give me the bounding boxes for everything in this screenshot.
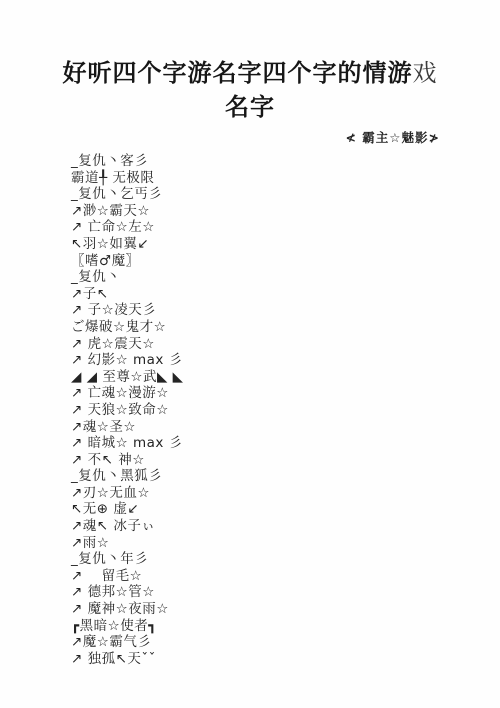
byline: ≮ 霸主☆魅影≯ — [0, 128, 500, 146]
name-list-item: ┏黑暗☆使者┓ — [71, 618, 500, 635]
name-list-item: ◢ ◢ 至尊☆武◣ ◣ — [71, 369, 500, 386]
name-list-item: ↗ 幻影☆ max 彡 — [71, 352, 500, 369]
document-page: 好听四个字游名字四个字的情游戏 名字 ≮ 霸主☆魅影≯ _复仇丶客彡霸道╀ 无极… — [0, 0, 500, 708]
name-list-item: ↗ 德邦☆管☆ — [71, 584, 500, 601]
page-title-line2: 名字 — [0, 90, 500, 124]
name-list-item: ↗魔☆霸气彡 — [71, 634, 500, 651]
name-list: _复仇丶客彡霸道╀ 无极限_复仇丶乞丐彡↗渺☆霸天☆↗ 亡命☆左☆↖羽☆如翼↙〖… — [71, 153, 500, 667]
name-list-item: ↗ 留毛☆ — [71, 568, 500, 585]
name-list-item: ↗ 子☆凌天彡 — [71, 302, 500, 319]
name-list-item: ↗雨☆ — [71, 535, 500, 552]
name-list-item: ↗子↖ — [71, 286, 500, 303]
name-list-item: ↗ 魔神☆夜雨☆ — [71, 601, 500, 618]
page-title-line1-bold: 好听四个字游名字四个字的情游 — [63, 59, 413, 87]
name-list-item: ↗ 亡命☆左☆ — [71, 219, 500, 236]
page-title-line1-light: 戏 — [413, 59, 438, 87]
name-list-item: _复仇丶乞丐彡 — [71, 186, 500, 203]
name-list-item: ↖羽☆如翼↙ — [71, 236, 500, 253]
name-list-item: ↗渺☆霸天☆ — [71, 203, 500, 220]
name-list-item: ↗ 亡魂☆漫游☆ — [71, 385, 500, 402]
name-list-item: 〖嗜♂魔〗 — [71, 253, 500, 270]
name-list-item: ↗ 独孤↖天ˇˇ — [71, 651, 500, 668]
name-list-item: ↗ 虎☆震天☆ — [71, 336, 500, 353]
name-list-item: ↗魂☆圣☆ — [71, 419, 500, 436]
name-list-item: _复仇丶年彡 — [71, 551, 500, 568]
name-list-item: ↗ 暗城☆ max 彡 — [71, 435, 500, 452]
name-list-item: ↗ 天狼☆致命☆ — [71, 402, 500, 419]
page-title: 好听四个字游名字四个字的情游戏 名字 — [0, 0, 500, 124]
name-list-item: ↗魂↖ 冰子ぃ — [71, 518, 500, 535]
name-list-item: ↖无⊕ 虚↙ — [71, 501, 500, 518]
name-list-item: 霸道╀ 无极限 — [71, 170, 500, 187]
name-list-item: _复仇丶客彡 — [71, 153, 500, 170]
name-list-item: ↗刃☆无血☆ — [71, 485, 500, 502]
name-list-item: ご爆破☆鬼才☆ — [71, 319, 500, 336]
page-title-line1: 好听四个字游名字四个字的情游戏 — [0, 56, 500, 90]
name-list-item: _复仇丶 — [71, 269, 500, 286]
name-list-item: ↗ 不↖ 神☆ — [71, 452, 500, 469]
name-list-item: _复仇丶黑狐彡 — [71, 468, 500, 485]
